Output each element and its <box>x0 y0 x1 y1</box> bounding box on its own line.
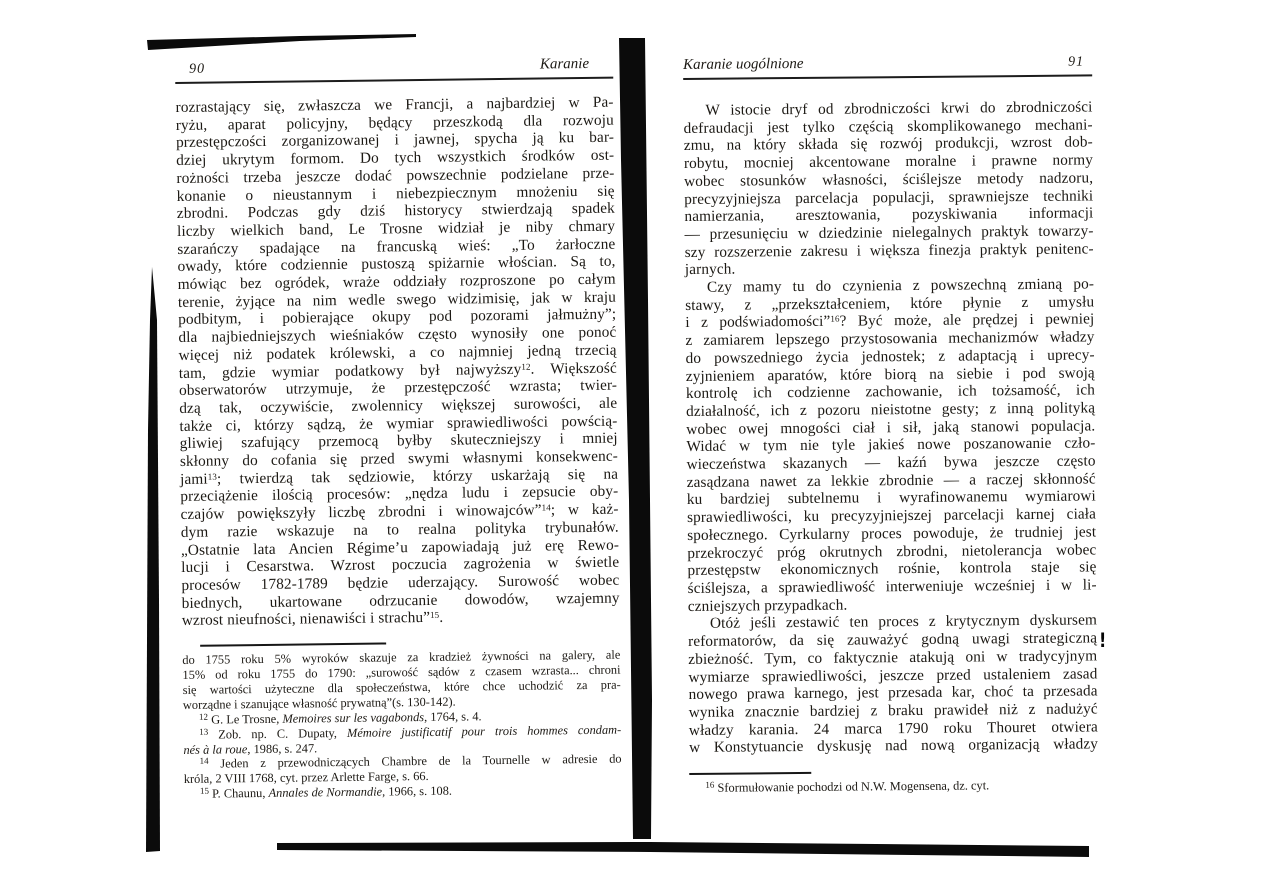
text-line: w Konstytuancie dyskusję nad nową organi… <box>689 736 1098 757</box>
footnote-reference-superscript: 16 <box>830 314 839 324</box>
footnote-reference-superscript: 14 <box>200 756 209 766</box>
left-footnotes: do 1755 roku 5% wyroków skazuje za kradz… <box>182 648 622 802</box>
right-page: Karanie uogólnione 91 W istocie dryf od … <box>683 52 1098 795</box>
text-segment: i z podświadomości” <box>685 313 830 331</box>
text-segment: ? Być może, ale prędzej i pewniej <box>840 311 1095 330</box>
text-segment: szy rozszerzenie zakresu i większa finez… <box>685 240 1094 261</box>
footnote-reference-superscript: 13 <box>199 726 208 736</box>
right-header-rule <box>683 74 1092 80</box>
text-segment: , 1764, s. 4. <box>424 709 482 724</box>
footnote-reference-superscript: 14 <box>541 503 550 513</box>
text-line: ściślejsza, a sprawiedliwość interweniuj… <box>688 576 1097 597</box>
text-segment: jami <box>180 470 208 487</box>
text-segment: G. Le Trosne, <box>208 711 283 726</box>
text-segment: Mémoire justificatif pour trois hommes c… <box>347 722 621 739</box>
footnote-reference-superscript: 12 <box>521 361 530 371</box>
left-page: 90 Karanie rozrastający się, zwłaszcza w… <box>175 55 622 802</box>
right-footnote-separator <box>689 772 811 775</box>
left-footnote-separator <box>200 643 386 647</box>
text-segment: . Większość <box>530 359 616 377</box>
left-page-header: 90 Karanie <box>175 55 613 79</box>
left-page-number: 90 <box>189 61 205 79</box>
text-segment: . <box>439 609 443 626</box>
text-segment: czniejszych przypadkach. <box>688 596 848 614</box>
text-segment: Zob. np. C. Dupaty, <box>208 726 347 742</box>
text-segment: ; w każ- <box>551 501 619 519</box>
text-segment: wzrost nieufności, nienawiści i strachu” <box>182 609 430 629</box>
text-segment: Sformułowanie pochodzi od N.W. Mogensena… <box>714 778 989 794</box>
text-segment: ściślejsza, a sprawiedliwość interweniuj… <box>688 576 1097 597</box>
text-segment: P. Chaunu, <box>209 786 269 801</box>
right-running-head: Karanie uogólnione <box>683 55 804 74</box>
left-body-text: rozrastający się, zwłaszcza we Francji, … <box>175 94 619 630</box>
footnote-reference-superscript: 13 <box>208 471 217 481</box>
margin-annotation-exclamation: ! <box>1099 629 1106 652</box>
text-segment: nés à la roue <box>183 742 247 757</box>
footnote-reference-superscript: 16 <box>705 780 714 790</box>
right-footnotes: 16 Sformułowanie pochodzi od N.W. Mogens… <box>689 777 1098 795</box>
text-segment: Annales de Normandie <box>268 785 382 800</box>
text-segment: , 1966, s. 108. <box>382 784 452 799</box>
right-body-text: W istocie dryf od zbrodniczości krwi do … <box>683 98 1098 757</box>
text-segment: , 1986, s. 247. <box>247 741 317 756</box>
left-running-head: Karanie <box>540 55 589 74</box>
text-line: 16 Sformułowanie pochodzi od N.W. Mogens… <box>689 777 1098 795</box>
text-segment: w Konstytuancie dyskusję nad nową organi… <box>689 736 1098 757</box>
footnote-reference-superscript: 15 <box>200 786 209 796</box>
footnote-reference-superscript: 12 <box>199 711 208 721</box>
right-page-header: Karanie uogólnione 91 <box>683 52 1092 75</box>
text-segment: Memoires sur les vagabonds <box>282 710 424 726</box>
scanned-book-spread: { "document_type": "scanned book spread"… <box>0 0 1263 893</box>
text-segment: jarnych. <box>685 261 736 278</box>
right-page-number: 91 <box>1068 54 1084 72</box>
